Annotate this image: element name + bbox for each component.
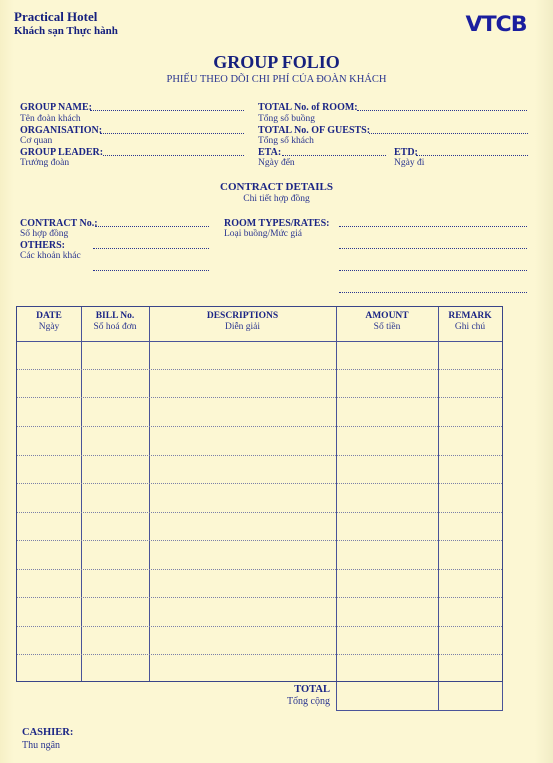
organisation-sub: Cơ quan bbox=[20, 136, 52, 147]
total-rooms-field[interactable] bbox=[357, 109, 527, 111]
contract-no-label: CONTRACT No.: bbox=[20, 218, 98, 229]
col-divider bbox=[438, 307, 439, 681]
group-leader-label: GROUP LEADER: bbox=[20, 147, 103, 158]
vtcb-logo: VTCB bbox=[466, 12, 527, 36]
etd-label: ETD: bbox=[394, 147, 418, 158]
table-row[interactable] bbox=[17, 540, 502, 541]
table-row[interactable] bbox=[17, 654, 502, 655]
group-name-sub: Tên đoàn khách bbox=[20, 114, 81, 125]
room-types-field-3[interactable] bbox=[339, 269, 527, 271]
total-remark-cell[interactable] bbox=[439, 682, 502, 710]
contract-no-sub: Số hợp đồng bbox=[20, 229, 68, 240]
hotel-name: Practical Hotel bbox=[14, 9, 97, 25]
total-label-vi: Tổng cộng bbox=[230, 696, 330, 707]
total-rooms-sub: Tổng số buồng bbox=[258, 114, 315, 125]
col-divider bbox=[81, 307, 82, 681]
table-row[interactable] bbox=[17, 483, 502, 484]
table-row[interactable] bbox=[17, 455, 502, 456]
total-guests-label: TOTAL No. OF GUESTS: bbox=[258, 125, 370, 136]
column-header-date: DATE Ngày bbox=[17, 311, 81, 333]
table-row[interactable] bbox=[17, 569, 502, 570]
contract-details-title: CONTRACT DETAILS bbox=[0, 181, 553, 193]
table-row[interactable] bbox=[17, 397, 502, 398]
total-guests-sub: Tổng số khách bbox=[258, 136, 314, 147]
total-amount-cell[interactable] bbox=[337, 682, 438, 710]
group-name-label: GROUP NAME: bbox=[20, 102, 92, 113]
column-header-remark: REMARK Ghi chú bbox=[438, 311, 502, 333]
table-row[interactable] bbox=[17, 369, 502, 370]
contract-details-subtitle: Chi tiết hợp đồng bbox=[0, 194, 553, 205]
table-row[interactable] bbox=[17, 626, 502, 627]
group-leader-field[interactable] bbox=[103, 154, 244, 156]
organisation-label: ORGANISATION: bbox=[20, 125, 102, 136]
room-types-field-1[interactable] bbox=[339, 225, 527, 227]
room-types-field-4[interactable] bbox=[339, 291, 527, 293]
room-types-sub: Loại buồng/Mức giá bbox=[224, 229, 302, 240]
header-divider bbox=[17, 341, 502, 342]
group-folio-form: Practical Hotel Khách sạn Thực hành VTCB… bbox=[0, 0, 553, 763]
total-box bbox=[336, 682, 503, 711]
column-header-bill-no: BILL No. Số hoá đơn bbox=[81, 311, 149, 333]
table-row[interactable] bbox=[17, 597, 502, 598]
total-rooms-label: TOTAL No. of ROOM: bbox=[258, 102, 358, 113]
group-leader-sub: Trưởng đoàn bbox=[20, 158, 69, 169]
cashier-label: CASHIER: bbox=[22, 727, 73, 738]
etd-sub: Ngày đi bbox=[394, 158, 424, 169]
page-title: GROUP FOLIO bbox=[0, 52, 553, 73]
cashier-sub: Thu ngân bbox=[22, 740, 60, 751]
column-header-descriptions: DESCRIPTIONS Diễn giải bbox=[149, 311, 336, 333]
others-sub: Các khoản khác bbox=[20, 251, 81, 262]
hotel-name-vi: Khách sạn Thực hành bbox=[14, 25, 118, 37]
room-types-label: ROOM TYPES/RATES: bbox=[224, 218, 329, 229]
others-label: OTHERS: bbox=[20, 240, 65, 251]
table-row[interactable] bbox=[17, 426, 502, 427]
col-divider bbox=[149, 307, 150, 681]
etd-field[interactable] bbox=[416, 154, 528, 156]
organisation-field[interactable] bbox=[100, 132, 244, 134]
eta-field[interactable] bbox=[282, 154, 386, 156]
others-field-2[interactable] bbox=[93, 269, 209, 271]
column-header-amount: AMOUNT Số tiền bbox=[336, 311, 438, 333]
col-divider bbox=[336, 307, 337, 681]
total-guests-field[interactable] bbox=[369, 132, 528, 134]
room-types-field-2[interactable] bbox=[339, 247, 527, 249]
others-field-1[interactable] bbox=[93, 247, 209, 249]
folio-table: DATE Ngày BILL No. Số hoá đơn DESCRIPTIO… bbox=[16, 306, 503, 682]
page-subtitle: PHIẾU THEO DÕI CHI PHÍ CỦA ĐOÀN KHÁCH bbox=[0, 74, 553, 85]
contract-no-field[interactable] bbox=[95, 225, 209, 227]
eta-sub: Ngày đến bbox=[258, 158, 295, 169]
total-label: TOTAL bbox=[230, 684, 330, 695]
table-row[interactable] bbox=[17, 512, 502, 513]
group-name-field[interactable] bbox=[90, 109, 244, 111]
eta-label: ETA: bbox=[258, 147, 281, 158]
